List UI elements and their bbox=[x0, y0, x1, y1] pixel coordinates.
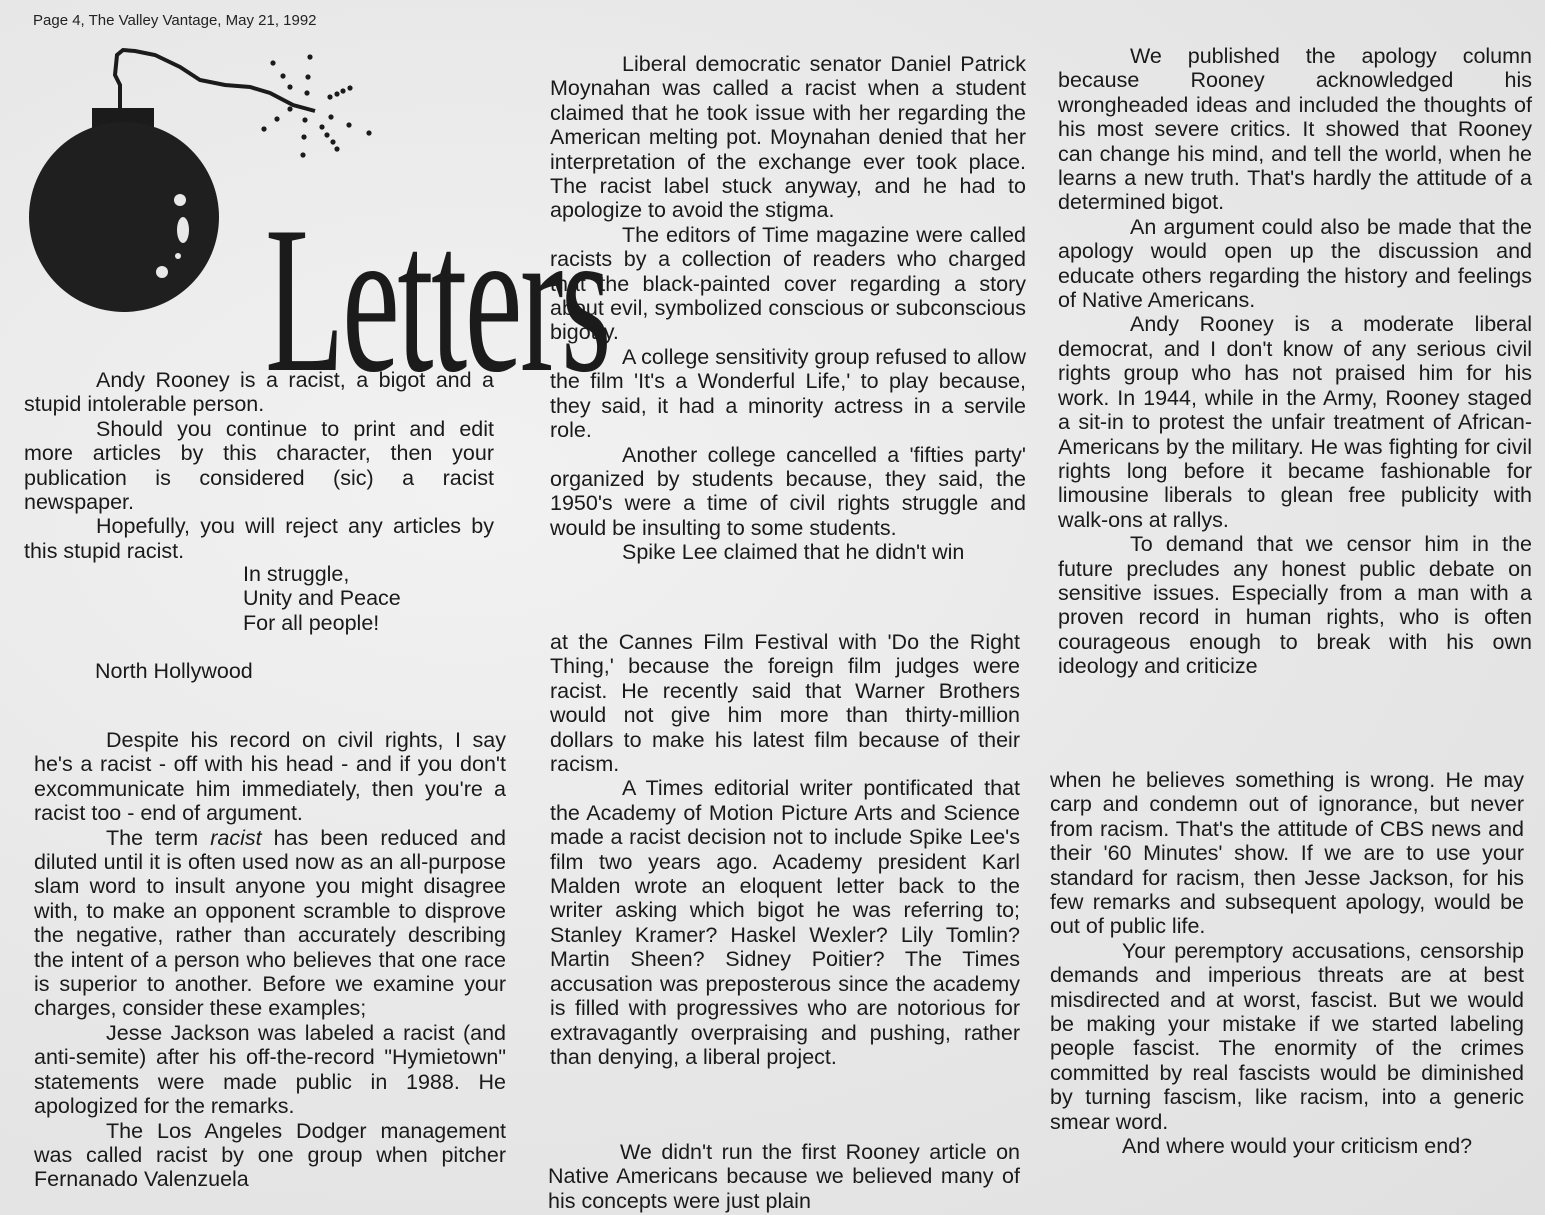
response-paragraph: A Times editorial writer pontificated th… bbox=[550, 776, 1020, 1069]
signoff-line: Unity and Peace bbox=[243, 586, 401, 610]
response-paragraph: The editors of Time magazine were called… bbox=[550, 223, 1026, 345]
response-paragraph: The term racist has been reduced and dil… bbox=[34, 826, 506, 1021]
response-middle-column-end: We didn't run the first Rooney article o… bbox=[548, 1140, 1020, 1213]
page-folio: Page 4, The Valley Vantage, May 21, 1992 bbox=[33, 12, 317, 29]
response-middle-column: Liberal democratic senator Daniel Patric… bbox=[550, 52, 1026, 565]
reader-letter: Andy Rooney is a racist, a bigot and a s… bbox=[24, 368, 494, 563]
response-paragraph: Andy Rooney is a moderate liberal democr… bbox=[1058, 312, 1532, 532]
response-paragraph: We didn't run the first Rooney article o… bbox=[548, 1140, 1020, 1213]
response-right-column-cont: when he believes something is wrong. He … bbox=[1050, 768, 1524, 1159]
response-paragraph: We published the apology column because … bbox=[1058, 44, 1532, 215]
letter-paragraph: Hopefully, you will reject any articles … bbox=[24, 514, 494, 563]
signoff-line: In struggle, bbox=[243, 562, 401, 586]
response-paragraph: Spike Lee claimed that he didn't win bbox=[550, 540, 1026, 564]
response-paragraph: And where would your criticism end? bbox=[1050, 1134, 1524, 1158]
response-paragraph: Liberal democratic senator Daniel Patric… bbox=[550, 52, 1026, 223]
letters-masthead: Letters bbox=[25, 45, 505, 365]
response-right-column: We published the apology column because … bbox=[1058, 44, 1532, 679]
letter-signoff: In struggle, Unity and Peace For all peo… bbox=[243, 562, 401, 635]
response-paragraph: when he believes something is wrong. He … bbox=[1050, 768, 1524, 939]
letter-paragraph: Andy Rooney is a racist, a bigot and a s… bbox=[24, 368, 494, 417]
letter-location: North Hollywood bbox=[95, 659, 253, 684]
response-paragraph: To demand that we censor him in the futu… bbox=[1058, 532, 1532, 678]
response-left-column: Despite his record on civil rights, I sa… bbox=[34, 728, 506, 1192]
response-middle-column-cont: at the Cannes Film Festival with 'Do the… bbox=[550, 630, 1020, 1069]
letter-paragraph: Should you continue to print and edit mo… bbox=[24, 417, 494, 515]
response-paragraph: The Los Angeles Dodger management was ca… bbox=[34, 1119, 506, 1192]
signoff-line: For all people! bbox=[243, 611, 401, 635]
response-paragraph: An argument could also be made that the … bbox=[1058, 215, 1532, 313]
response-paragraph: A college sensitivity group refused to a… bbox=[550, 345, 1026, 443]
italic-term: racist bbox=[210, 826, 261, 850]
response-paragraph: at the Cannes Film Festival with 'Do the… bbox=[550, 630, 1020, 776]
response-paragraph: Despite his record on civil rights, I sa… bbox=[34, 728, 506, 826]
response-paragraph: Your peremptory accusations, censorship … bbox=[1050, 939, 1524, 1134]
response-paragraph: Another college cancelled a 'fifties par… bbox=[550, 443, 1026, 541]
response-paragraph: Jesse Jackson was labeled a racist (and … bbox=[34, 1021, 506, 1119]
